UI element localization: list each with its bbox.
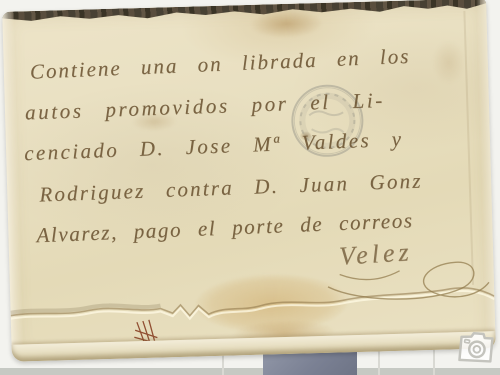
torn-flap-edge: [10, 287, 494, 324]
signature: Velez: [338, 237, 413, 272]
photo-of-folded-letter: Contiene una on librada en los autos pro…: [0, 0, 500, 375]
crease-line: [464, 11, 473, 285]
table-edge-strip: [0, 368, 500, 375]
folded-letter-cover: Contiene una on librada en los autos pro…: [2, 0, 496, 362]
camera-icon: [448, 322, 500, 375]
